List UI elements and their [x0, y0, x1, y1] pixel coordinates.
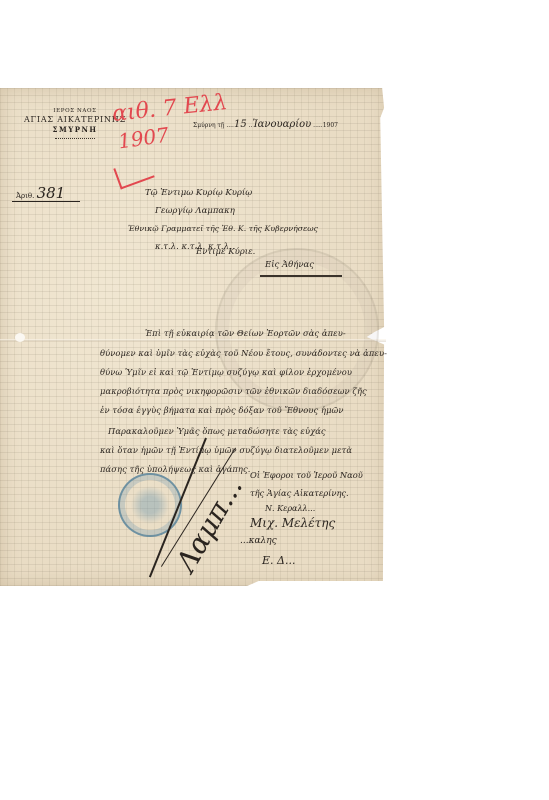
body-line-4: μακροβιότητα πρὸς νικηφορῶσιν τῶν ἐθνικῶ… — [100, 386, 367, 396]
protocol-rule — [12, 201, 80, 202]
date-day: 15 — [234, 119, 247, 130]
address-line-1: Τῷ Ἐντιμω Κυρίῳ Κυρίῳ — [145, 188, 252, 198]
body-line-3: θύνω Ὑμῖν εἰ καὶ τῷ Ἐντίμῳ συζύγῳ καὶ φί… — [100, 367, 352, 377]
document-page: ΙΕΡΟΣ ΝΑΟΣ ΑΓΙΑΣ ΑΙΚΑΤΕΡΙΝΗΣ ΣΜΥΡΝΗ αιθ.… — [0, 88, 386, 586]
date-month: Ἰανουαρίου — [252, 119, 311, 130]
paper-hole — [15, 333, 25, 342]
address-line-2: Γεωργίῳ Λαμπακη — [155, 206, 235, 216]
body-line-5: ἐν τόσα ἐγγὺς βήματα καὶ πρὸς δόξαν τοῦ … — [100, 405, 344, 415]
date-year: 1907 — [323, 122, 338, 129]
body-line-1: Ἐπὶ τῇ εὐκαιρίᾳ τῶν Θείων Ἑορτῶν σὰς ἀπε… — [145, 328, 346, 338]
protocol-value: 381 — [37, 184, 66, 202]
signature-2: Μιχ. Μελέτης — [250, 516, 335, 530]
signature-1: Ν. Κεραλλ... — [265, 504, 315, 513]
closing-line-2: τῆς Ἁγίας Αἰκατερίνης. — [250, 488, 349, 498]
protocol-label: Ἀριθ. — [16, 192, 34, 200]
body-line-6: Παρακαλοῦμεν Ὑμᾶς ὅπως μεταδώσητε τὰς εὐ… — [108, 426, 326, 436]
date-line: Σμύρνη τῇ ....15 ..Ἰανουαρίου .....1907 — [193, 119, 338, 130]
date-place: Σμύρνη τῇ — [193, 122, 224, 129]
closing-line-1: Οἱ Ἐφοροι τοῦ Ἱεροῦ Ναοῦ — [250, 470, 363, 480]
signature-3: ...καλης — [240, 536, 277, 546]
address-line-3: Ἐθνικῷ Γραμματεῖ τῆς Ἐθ. Κ. τῆς Κυβερνήσ… — [128, 224, 318, 233]
destination-underline — [260, 275, 342, 277]
address-destination: Εἰς Ἀθήνας — [265, 260, 314, 270]
protocol-number: Ἀριθ. 381 — [16, 184, 65, 202]
body-line-8: πάσης τῆς ὑπολήψεως καὶ ἀγάπης. — [100, 464, 250, 474]
body-line-2: θύνομεν καὶ ὑμῖν τὰς εὐχὰς τοῦ Νέου ἔτου… — [100, 348, 387, 358]
blue-seal-stamp — [118, 473, 182, 537]
salutation: Ἐντιμε Κύριε. — [195, 247, 255, 257]
signature-4: Ε. Δ... — [262, 554, 295, 567]
letterhead-rule — [55, 138, 95, 139]
body-line-7: καὶ ὅταν ἡμῶν τῇ Ἐντίμῳ ὑμῶν συζύγῳ διατ… — [100, 445, 352, 455]
